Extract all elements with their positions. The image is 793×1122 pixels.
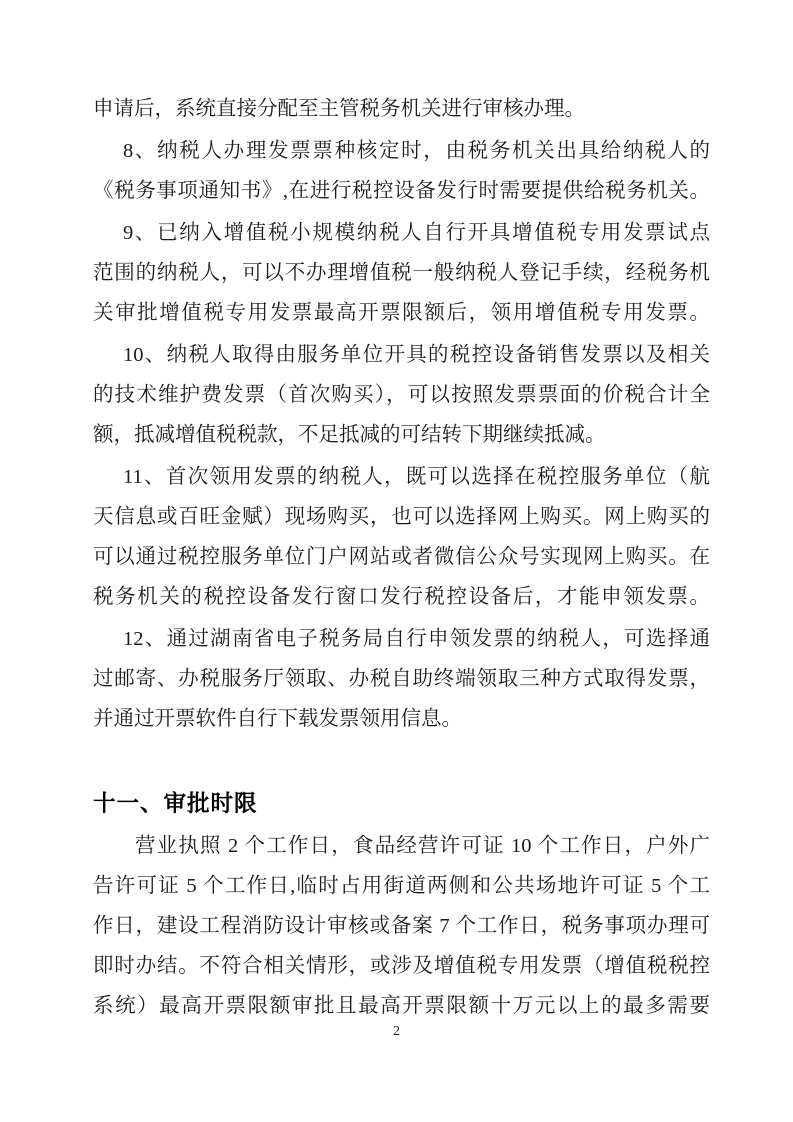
- text-line: 关审批增值税专用发票最高开票限额后，领用增值税专用发票。: [93, 293, 710, 333]
- text-line: 的技术维护费发票（首次购买），可以按照发票票面的价税合计全: [93, 375, 710, 415]
- text-line: 作日，建设工程消防设计审核或备案 7 个工作日，税务事项办理可: [93, 906, 710, 946]
- paragraph-item-11: 11、首次领用发票的纳税人，既可以选择在税控服务单位（航 天信息或百旺金赋）现场…: [93, 457, 710, 617]
- text-line: 告许可证 5 个工作日,临时占用街道两侧和公共场地许可证 5 个工: [93, 866, 710, 906]
- text-line: 税务机关的税控设备发行窗口发行税控设备后，才能申领发票。: [93, 577, 710, 617]
- paragraph-item-9: 9、已纳入增值税小规模纳税人自行开具增值税专用发票试点 范围的纳税人，可以不办理…: [93, 213, 710, 333]
- paragraph-approval-time-limits: 营业执照 2 个工作日，食品经营许可证 10 个工作日，户外广 告许可证 5 个…: [93, 826, 710, 1026]
- text-line: 11、首次领用发票的纳税人，既可以选择在税控服务单位（航: [93, 457, 710, 497]
- text-line: 过邮寄、办税服务厅领取、办税自助终端领取三种方式取得发票，: [93, 659, 710, 699]
- text-line: 即时办结。不符合相关情形，或涉及增值税专用发票（增值税税控: [93, 946, 710, 986]
- text-line: 营业执照 2 个工作日，食品经营许可证 10 个工作日，户外广: [93, 826, 710, 866]
- page-number: 2: [0, 1022, 793, 1042]
- text-line: 范围的纳税人，可以不办理增值税一般纳税人登记手续，经税务机: [93, 253, 710, 293]
- document-page: 申请后，系统直接分配至主管税务机关进行审核办理。 8、纳税人办理发票票种核定时，…: [0, 0, 793, 1122]
- text-line: 申请后，系统直接分配至主管税务机关进行审核办理。: [93, 89, 710, 129]
- text-line: 可以通过税控服务单位门户网站或者微信公众号实现网上购买。在: [93, 537, 710, 577]
- page-body: 申请后，系统直接分配至主管税务机关进行审核办理。 8、纳税人办理发票票种核定时，…: [93, 89, 710, 1026]
- paragraph-item-12: 12、通过湖南省电子税务局自行申领发票的纳税人，可选择通 过邮寄、办税服务厅领取…: [93, 619, 710, 739]
- text-line: 10、纳税人取得由服务单位开具的税控设备销售发票以及相关: [93, 335, 710, 375]
- text-line: 8、纳税人办理发票票种核定时，由税务机关出具给纳税人的: [93, 131, 710, 171]
- paragraph-item-10: 10、纳税人取得由服务单位开具的税控设备销售发票以及相关 的技术维护费发票（首次…: [93, 335, 710, 455]
- text-line: 天信息或百旺金赋）现场购买，也可以选择网上购买。网上购买的: [93, 497, 710, 537]
- section-heading: 十一、审批时限: [93, 784, 710, 824]
- text-line: 额，抵减增值税税款，不足抵减的可结转下期继续抵减。: [93, 415, 710, 455]
- text-line: 系统）最高开票限额审批且最高开票限额十万元以上的最多需要: [93, 986, 710, 1026]
- paragraph-continuation: 申请后，系统直接分配至主管税务机关进行审核办理。: [93, 89, 710, 129]
- text-line: 并通过开票软件自行下载发票领用信息。: [93, 699, 710, 739]
- text-line: 12、通过湖南省电子税务局自行申领发票的纳税人，可选择通: [93, 619, 710, 659]
- text-line: 9、已纳入增值税小规模纳税人自行开具增值税专用发票试点: [93, 213, 710, 253]
- text-line: 《税务事项通知书》,在进行税控设备发行时需要提供给税务机关。: [93, 171, 710, 211]
- paragraph-item-8: 8、纳税人办理发票票种核定时，由税务机关出具给纳税人的 《税务事项通知书》,在进…: [93, 131, 710, 211]
